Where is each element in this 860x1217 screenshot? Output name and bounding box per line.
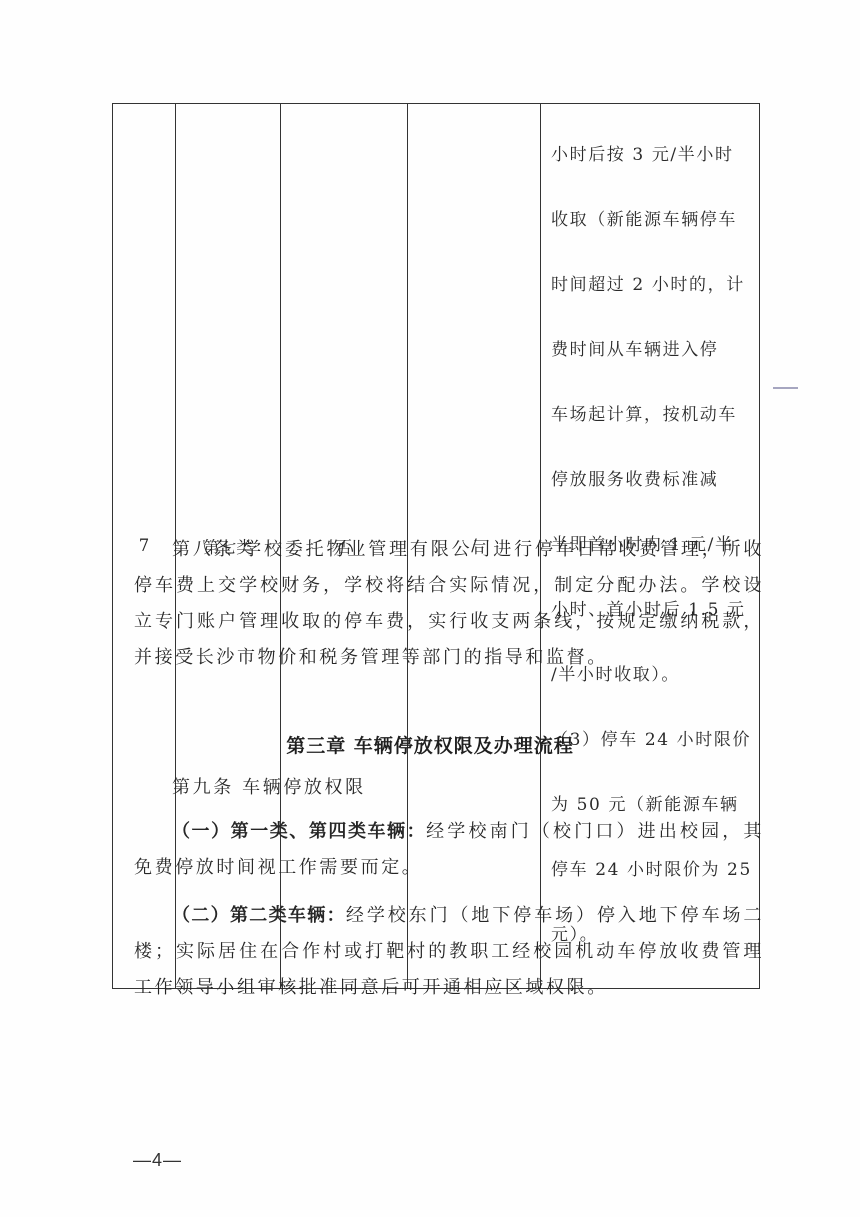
chapter-3-heading: 第三章 车辆停放权限及办理流程 [0,731,860,758]
article-8-title: 第八条 [134,539,235,560]
fee-line: 费时间从车辆进入停 [551,334,753,367]
page-number: —4— [133,1150,182,1171]
article-9-heading: 第九条 车辆停放权限 [134,777,366,798]
item-2-label: （二）第二类车辆： [134,905,346,926]
article-9-item-1: （一）第一类、第四类车辆：经学校南门（校门口）进出校园，其免费停放时间视工作需要… [134,814,764,886]
article-9-title: 第九条 车辆停放权限 [134,770,764,806]
item-1-label: （一）第一类、第四类车辆： [134,821,426,842]
margin-mark [773,387,798,389]
fee-line: 车场起计算，按机动车 [551,399,753,432]
fee-line: 小时后按 3 元/半小时 [551,139,753,172]
article-8: 第八条 学校委托物业管理有限公司进行停车日常收费管理，所收停车费上交学校财务，学… [134,532,764,676]
fee-line: 时间超过 2 小时的，计 [551,269,753,302]
article-9-item-2: （二）第二类车辆：经学校东门（地下停车场）停入地下停车场二楼；实际居住在合作村或… [134,898,764,1006]
fee-line: 收取（新能源车辆停车 [551,204,753,237]
fee-line: 停放服务收费标准减 [551,464,753,497]
